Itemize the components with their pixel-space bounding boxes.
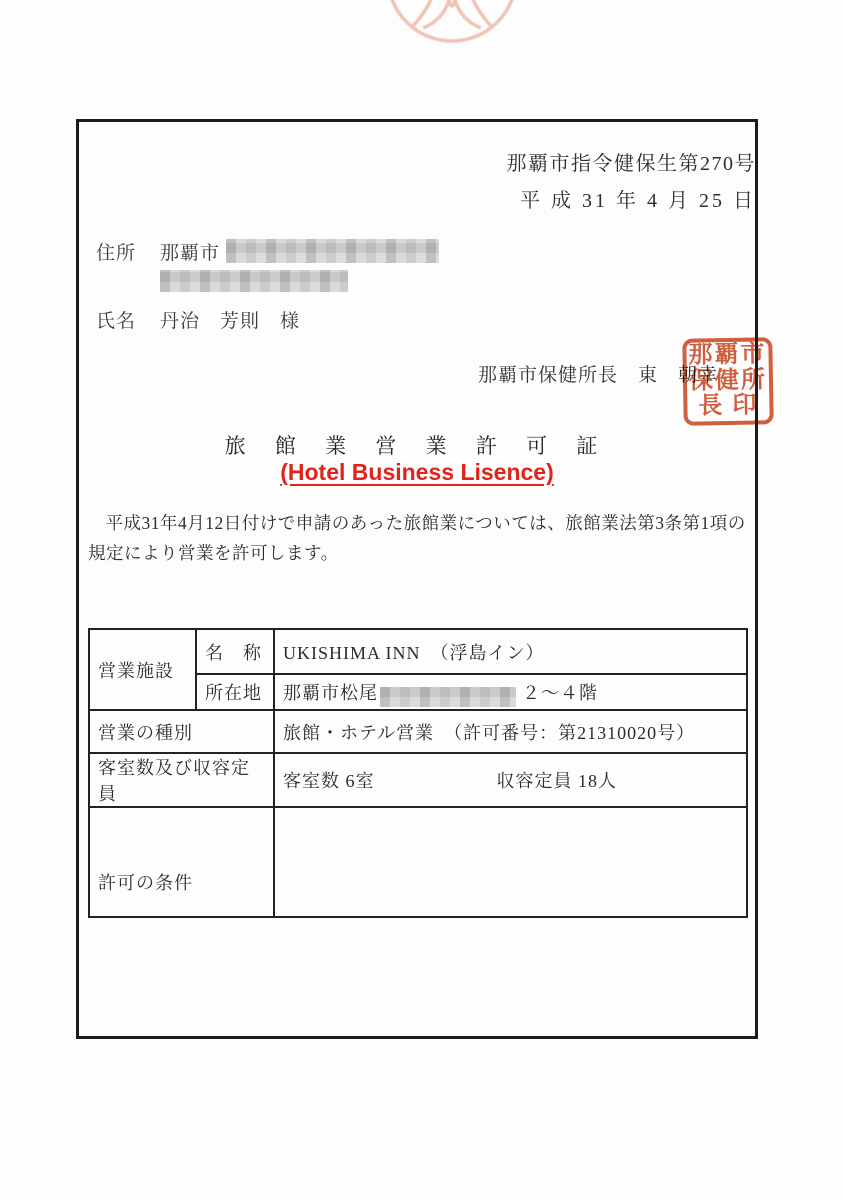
license-title-japanese: 旅 館 業 営 業 許 可 証 [76, 430, 758, 460]
location-suffix: ２～４階 [522, 683, 598, 703]
seal-row-3: 長 印 [687, 394, 769, 421]
location-prefix: 那覇市松尾 [283, 683, 378, 703]
address-line-2 [96, 264, 439, 292]
room-count: 客室数 6室 [283, 767, 375, 793]
name-line: 氏名 丹治 芳則 様 [96, 306, 439, 332]
table-row: 客室数及び収容定員 客室数 6室 収容定員 18人 [89, 753, 747, 807]
facility-name-cell: UKISHIMA INN （浮島イン） [274, 629, 747, 674]
document-number: 那覇市指令健保生第270号 [507, 147, 757, 176]
business-type-label-cell: 営業の種別 [89, 710, 274, 753]
guest-capacity: 収容定員 18人 [497, 767, 618, 793]
issue-date: 平 成 31 年 4 月 25 日 [520, 184, 756, 213]
table-row: 許可の条件 [89, 807, 747, 917]
grant-statement: 平成31年4月12日付けで申請のあった旅館業については、旅館業法第3条第1項の規… [88, 508, 752, 568]
capacity-value-cell: 客室数 6室 収容定員 18人 [274, 753, 747, 807]
capacity-label-cell: 客室数及び収容定員 [89, 753, 274, 807]
redacted-address-mosaic [226, 239, 439, 263]
recipient-name: 丹治 芳則 様 [160, 306, 300, 333]
round-official-seal-partial-icon [383, 0, 521, 46]
facility-label-cell: 営業施設 [89, 629, 196, 710]
official-square-seal: 那覇市 保健所 長 印 [682, 337, 774, 426]
redacted-address-mosaic-2 [160, 270, 348, 292]
scanned-license-document: 那覇市指令健保生第270号 平 成 31 年 4 月 25 日 住所 那覇市 氏… [0, 0, 844, 1200]
address-label: 住所 [96, 238, 160, 265]
redacted-location-mosaic [380, 687, 516, 707]
address-line: 住所 那覇市 [96, 238, 439, 264]
license-details-table: 営業施設 名 称 UKISHIMA INN （浮島イン） 所在地 那覇市松尾２～… [88, 628, 748, 918]
recipient-block: 住所 那覇市 氏名 丹治 芳則 様 [96, 238, 439, 332]
table-row: 営業の種別 旅館・ホテル営業 （許可番号：第21310020号） [89, 710, 747, 753]
seal-row-2: 保健所 [687, 368, 769, 395]
name-label: 氏名 [96, 306, 160, 333]
seal-row-1: 那覇市 [686, 342, 768, 369]
business-type-value-cell: 旅館・ホテル営業 （許可番号：第21310020号） [274, 710, 747, 753]
table-row: 営業施設 名 称 UKISHIMA INN （浮島イン） [89, 629, 747, 674]
conditions-value-cell [274, 807, 747, 917]
address-city: 那覇市 [160, 238, 220, 265]
location-label-cell: 所在地 [196, 674, 274, 710]
name-label-cell: 名 称 [196, 629, 274, 674]
conditions-label-cell: 許可の条件 [89, 807, 274, 917]
license-title-english: (Hotel Business Lisence) [76, 459, 758, 486]
facility-location-cell: 那覇市松尾２～４階 [274, 674, 747, 710]
